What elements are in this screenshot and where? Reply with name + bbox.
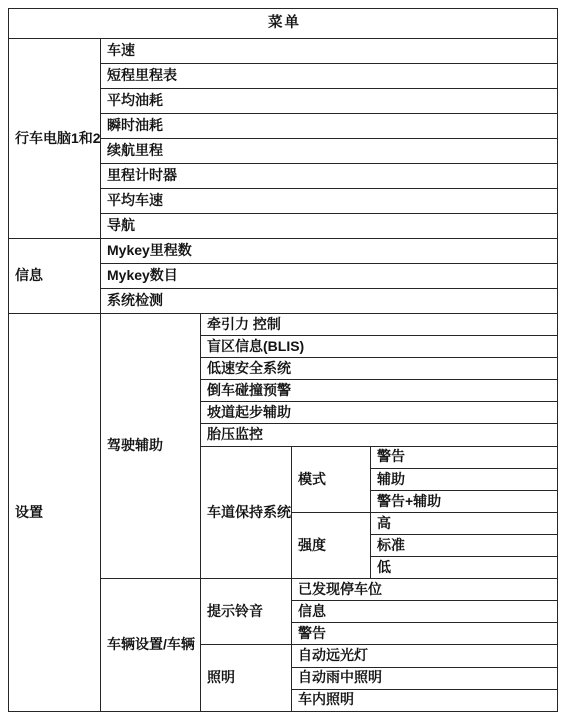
- option-value-aid: 辅助: [371, 468, 558, 490]
- option-value-high: 高: [371, 512, 558, 534]
- menu-item-blis: 盲区信息(BLIS): [201, 336, 558, 358]
- section-label-trip-computer: 行车电脑1和2: [9, 39, 101, 239]
- option-value-information: 信息: [292, 601, 558, 623]
- menu-item-low-speed-safety: 低速安全系统: [201, 358, 558, 380]
- option-label-mode: 模式: [292, 446, 371, 512]
- section-label-settings: 设置: [9, 314, 101, 712]
- option-value-warning: 警告: [292, 623, 558, 645]
- menu-item-system-check: 系统检测: [101, 289, 558, 314]
- menu-item-instant-fuel-consumption: 瞬时油耗: [101, 114, 558, 139]
- option-label-intensity: 强度: [292, 512, 371, 578]
- menu-item-vehicle-speed: 车速: [101, 39, 558, 64]
- option-label-chimes: 提示铃音: [201, 579, 292, 645]
- menu-item-range: 续航里程: [101, 139, 558, 164]
- option-value-auto-rain-lighting: 自动雨中照明: [292, 667, 558, 689]
- menu-item-traction-control: 牵引力 控制: [201, 314, 558, 336]
- menu-table: 菜单 行车电脑1和2 车速 短程里程表 平均油耗 瞬时油耗 续航里程 里程计时器…: [8, 8, 558, 712]
- menu-item-avg-speed: 平均车速: [101, 189, 558, 214]
- group-label-vehicle-settings: 车辆设置/车辆: [101, 579, 201, 712]
- manual-page: 菜单 行车电脑1和2 车速 短程里程表 平均油耗 瞬时油耗 续航里程 里程计时器…: [0, 0, 565, 722]
- menu-item-mykey-count: Mykey数目: [101, 264, 558, 289]
- menu-item-trip-timer: 里程计时器: [101, 164, 558, 189]
- option-value-parking-spot-found: 已发现停车位: [292, 579, 558, 601]
- option-value-auto-high-beam: 自动远光灯: [292, 645, 558, 667]
- menu-item-hill-start-assist: 坡道起步辅助: [201, 402, 558, 424]
- menu-title: 菜单: [9, 9, 558, 39]
- group-label-driver-assistance: 驾驶辅助: [101, 314, 201, 579]
- option-value-interior-lighting: 车内照明: [292, 689, 558, 711]
- subgroup-label-lane-keeping: 车道保持系统: [201, 446, 292, 579]
- menu-item-trip-odometer: 短程里程表: [101, 64, 558, 89]
- menu-item-navigation: 导航: [101, 214, 558, 239]
- section-label-information: 信息: [9, 239, 101, 314]
- option-value-normal: 标准: [371, 534, 558, 556]
- menu-item-tire-pressure-monitor: 胎压监控: [201, 424, 558, 446]
- menu-item-avg-fuel-consumption: 平均油耗: [101, 89, 558, 114]
- option-value-low: 低: [371, 557, 558, 579]
- menu-item-mykey-mileage: Mykey里程数: [101, 239, 558, 264]
- option-value-alert-aid: 警告+辅助: [371, 490, 558, 512]
- option-value-alert: 警告: [371, 446, 558, 468]
- menu-item-rear-collision-warning: 倒车碰撞预警: [201, 380, 558, 402]
- option-label-lighting: 照明: [201, 645, 292, 711]
